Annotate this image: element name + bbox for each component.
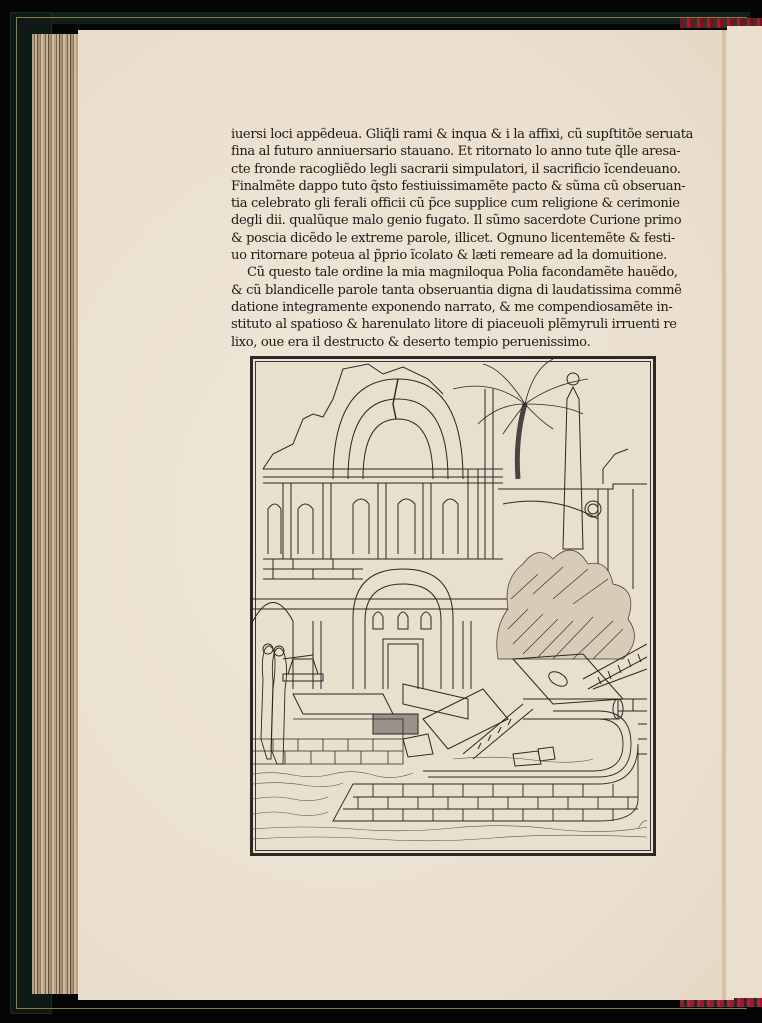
text-line: Finalmẽte dappo tuto q̃sto festiuissimam…: [231, 178, 656, 195]
text-line: iuersi loci appẽdeua. Gliq̃li rami & inq…: [231, 126, 656, 143]
text-line: cte fronde racogliẽdo legli sacrarii sim…: [231, 161, 656, 178]
text-line: lixo, oue era il destructo & deserto tem…: [231, 334, 656, 351]
body-text: iuersi loci appẽdeua. Gliq̃li rami & inq…: [231, 126, 656, 351]
text-line: degli dii. qualũque malo genio fugato. I…: [231, 212, 656, 229]
paragraph-start-line: Cũ questo tale ordine la mia magniloqua …: [231, 264, 656, 281]
text-line: & poscia dicẽdo le extreme parole, illic…: [231, 230, 656, 247]
text-line: stituto al spatioso & harenulato litore …: [231, 316, 656, 333]
text-line: tia celebrato gli ferali officii cũ p̃ce…: [231, 195, 656, 212]
woodcut-illustration: [250, 356, 656, 856]
text-line: uo ritornare poteua al p̃prio ĩcolato & …: [231, 247, 656, 264]
text-line: fina al futuro anniuersario stauano. Et …: [231, 143, 656, 160]
ruined-temple-scene: [253, 359, 647, 847]
text-line: & cũ blandicelle parole tanta obseruanti…: [231, 282, 656, 299]
text-line: datione integramente exponendo narrato, …: [231, 299, 656, 316]
facing-page-edge: [727, 26, 762, 998]
page-block-edge: [32, 34, 79, 994]
